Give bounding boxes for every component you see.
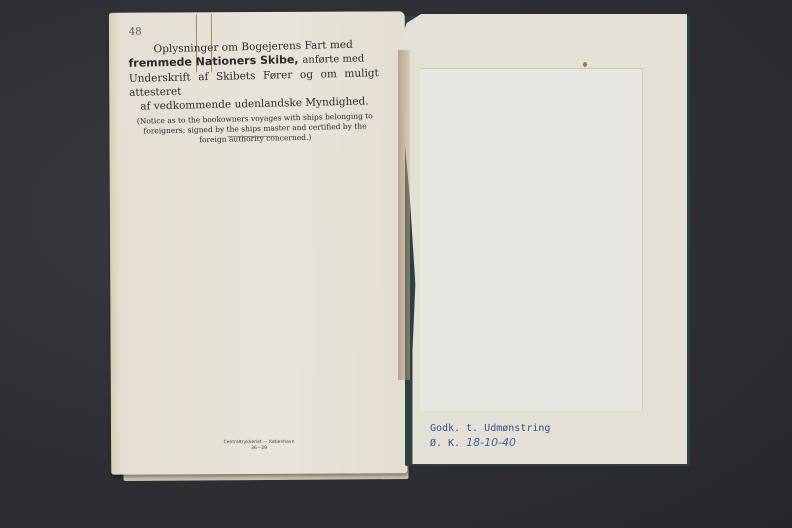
ink-stamp: Godk. t. Udmønstring Ø. K.18-10-40 — [430, 422, 550, 451]
english-note: (Notice as to the bookowners voyages wit… — [130, 111, 381, 147]
endpaper-turn-in — [420, 68, 643, 411]
printer-imprint: Centraltrykkeriet — København 36—29 — [111, 439, 407, 453]
photo-scene: 48 Oplysninger om Bogejerens Fart med fr… — [0, 0, 792, 528]
heading-line-2-rest: anførte med — [302, 54, 364, 66]
stamp-line-2: Ø. K.18-10-40 — [430, 436, 550, 451]
page-heading: Oplysninger om Bogejerens Fart med fremm… — [128, 37, 380, 147]
heading-bold-text: fremmede Nationers Skibe, — [128, 53, 298, 70]
stamp-line-1: Godk. t. Udmønstring — [430, 422, 550, 436]
stamp-handwritten-date: 18-10-40 — [466, 436, 516, 449]
stamp-prefix: Ø. K. — [430, 438, 460, 449]
rust-stain — [583, 62, 587, 67]
torn-spine-edge — [398, 50, 410, 380]
imprint-line-2: 36—29 — [111, 445, 407, 453]
left-page: 48 Oplysninger om Bogejerens Fart med fr… — [109, 11, 407, 475]
page-number: 48 — [129, 27, 142, 38]
